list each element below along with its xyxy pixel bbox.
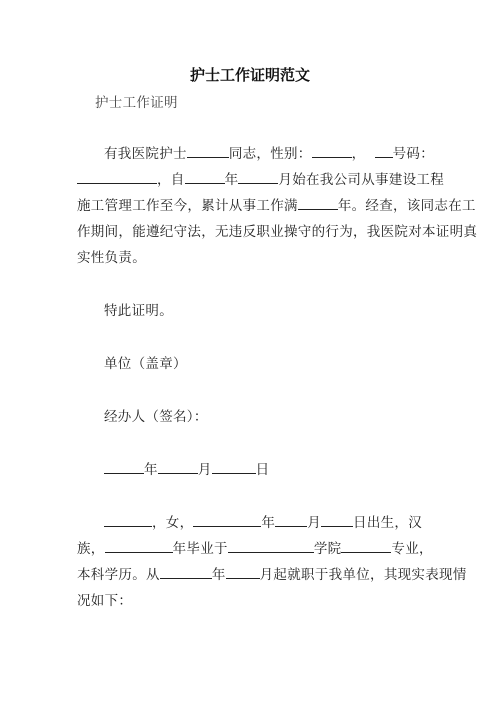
text: 月起就职于我单位，其现实表现情: [260, 567, 467, 583]
para1-line5: 实性负责。: [77, 249, 146, 267]
blank-id-number: [77, 171, 157, 184]
blank-year: [160, 566, 212, 579]
document-title: 护士工作证明范文: [0, 64, 500, 85]
text: ，: [352, 146, 366, 162]
para1-line1: 有我医院护士同志，性别：， 号码：: [104, 145, 434, 163]
para2-line3: 本科学历。从年月起就职于我单位，其现实表现情: [77, 566, 467, 584]
text: 年: [225, 172, 239, 188]
text: 专业，: [391, 541, 432, 557]
blank-college: [228, 540, 314, 553]
blank-grad-year: [105, 540, 173, 553]
para2-line4: 况如下：: [77, 592, 132, 610]
blank-name: [187, 145, 229, 158]
text: ，女，: [152, 515, 193, 531]
text: 年: [261, 515, 275, 531]
blank-month: [158, 461, 198, 474]
text: 同志，性别：: [229, 146, 312, 162]
text: 学院: [314, 541, 342, 557]
text: 月: [307, 515, 321, 531]
blank-month: [238, 171, 278, 184]
blank-name: [104, 514, 152, 527]
text: 月始在我公司从事建设工程: [278, 172, 444, 188]
blank-day: [321, 514, 353, 527]
blank-year: [193, 514, 261, 527]
text: 年毕业于: [173, 541, 228, 557]
text: 年: [212, 567, 226, 583]
blank-major: [341, 540, 391, 553]
blank-gender: [312, 145, 352, 158]
text: 本科学历。从: [77, 567, 160, 583]
text: 日: [256, 462, 270, 478]
blank-id: [375, 145, 393, 158]
blank-month: [226, 566, 260, 579]
certify-text: 特此证明。: [104, 302, 173, 320]
text: 号码：: [393, 146, 434, 162]
blank-years: [298, 197, 338, 210]
text: 年。经查，该同志在工: [338, 198, 476, 214]
unit-seal: 单位（盖章）: [104, 355, 187, 373]
blank-day: [212, 461, 256, 474]
para2-line2: 族，年毕业于学院专业，: [77, 540, 433, 558]
blank-month: [275, 514, 307, 527]
text: ，自: [157, 172, 185, 188]
para1-line4: 作期间，能遵纪守法，无违反职业操守的行为，我医院对本证明真: [77, 223, 477, 241]
text: 年: [144, 462, 158, 478]
text: 月: [198, 462, 212, 478]
text: 族，: [77, 541, 105, 557]
para1-line3: 施工管理工作至今，累计从事工作满年。经查，该同志在工: [77, 197, 476, 215]
text: 有我医院护士: [104, 146, 187, 162]
para2-line1: ，女，年月日出生，汉: [104, 514, 422, 532]
date-line: 年月日: [104, 461, 269, 479]
text: 日出生，汉: [353, 515, 422, 531]
blank-year: [104, 461, 144, 474]
blank-year: [185, 171, 225, 184]
handler-signature: 经办人（签名）：: [104, 408, 208, 426]
document-subtitle: 护士工作证明: [95, 94, 178, 112]
text: 施工管理工作至今，累计从事工作满: [77, 198, 298, 214]
para1-line2: ，自年月始在我公司从事建设工程: [77, 171, 444, 189]
